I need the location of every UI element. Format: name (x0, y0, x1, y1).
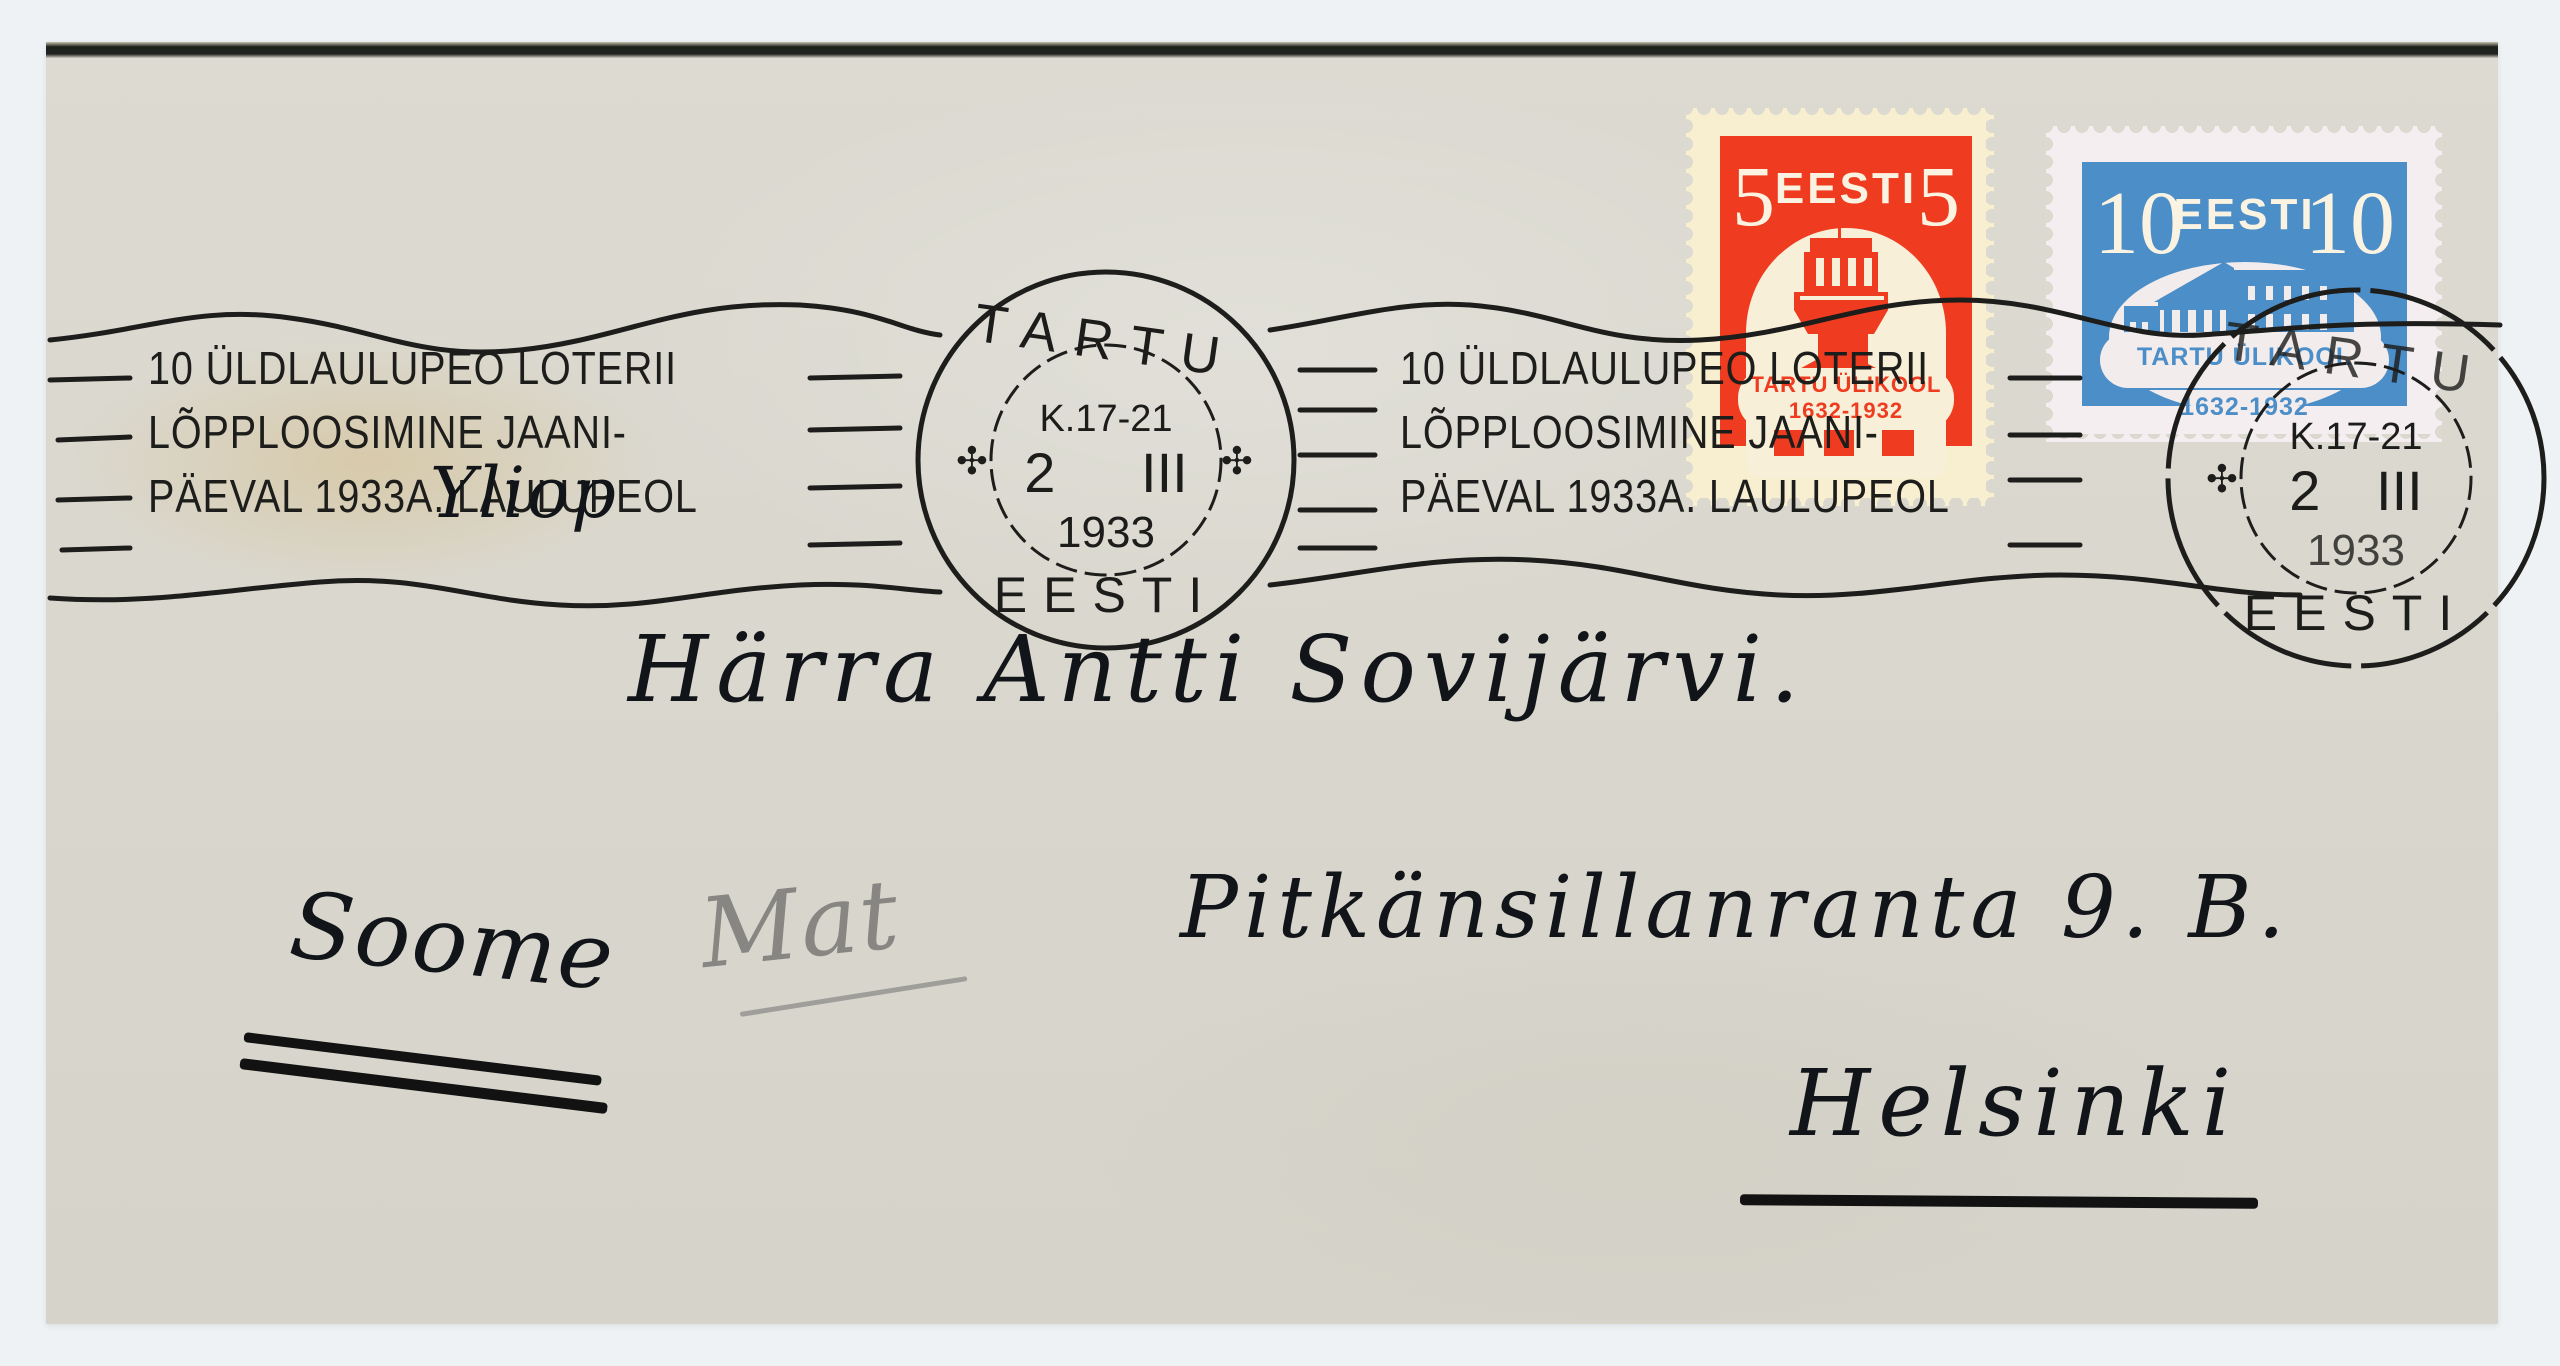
slogan-line-2: LÕPPLOOSIMINE JAANI- (1400, 400, 1950, 464)
address-street: Pitkänsillanranta 9. B. (1180, 858, 2291, 958)
address-city: Helsinki (1790, 1050, 2239, 1157)
annotation-yliop: Yliop (430, 452, 618, 534)
envelope-top-edge (46, 42, 2498, 58)
postmark-left-text: TARTU K.17-21 2 III 1933 EESTI (906, 270, 1306, 650)
slogan-cancel-right: 10 ÜLDLAULUPEO LOTERII LÕPPLOOSIMINE JAA… (1400, 336, 1950, 528)
postmark-time: K.17-21 (2156, 416, 2556, 459)
addressee-name: Härra Antti Sovijärvi. (628, 616, 1807, 723)
postmark-country: EESTI (2156, 584, 2556, 642)
postmark-month: III (1141, 441, 1188, 504)
pencil-note: Mat (695, 858, 906, 990)
postmark-year: 1933 (2156, 526, 2556, 576)
postmark-time: K.17-21 (906, 398, 1306, 441)
postmark-year: 1933 (906, 508, 1306, 558)
postmark-city: TARTU (2154, 300, 2559, 417)
stamp-denomination-right: 10 (2305, 172, 2395, 275)
slogan-line-3: PÄEVAL 1933A. LAULUPEOL (1400, 464, 1950, 528)
postmark-month: III (2376, 459, 2423, 522)
postmark-city: TARTU (904, 282, 1309, 399)
slogan-line-1: 10 ÜLDLAULUPEO LOTERII (1400, 336, 1950, 400)
postmark-day: 2 (1024, 441, 1055, 504)
slogan-line-1: 10 ÜLDLAULUPEO LOTERII (148, 336, 698, 400)
postmark-day: 2 (2289, 459, 2320, 522)
postmark-right-text: TARTU K.17-21 2 III 1933 EESTI (2156, 288, 2556, 668)
